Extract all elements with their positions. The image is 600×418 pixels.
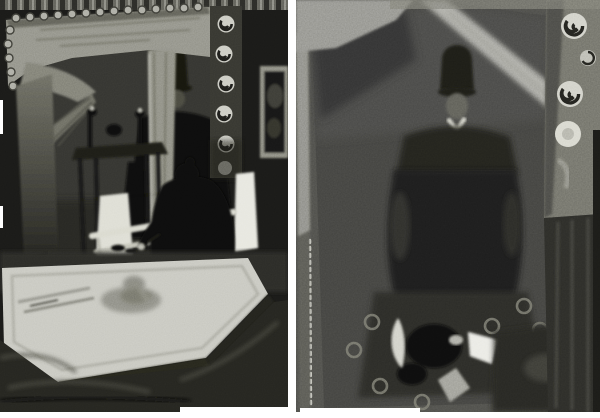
film-grain-overlay: [0, 0, 288, 412]
photo-right-portrait-closeup: [296, 0, 600, 412]
shrine-scene-art: [0, 0, 288, 412]
photo-left-shrine-scene: [0, 0, 288, 412]
photo-gutter: [288, 0, 296, 418]
photo-collage: [0, 0, 600, 418]
film-grain-overlay: [296, 0, 600, 412]
portrait-closeup-art: [296, 0, 600, 412]
